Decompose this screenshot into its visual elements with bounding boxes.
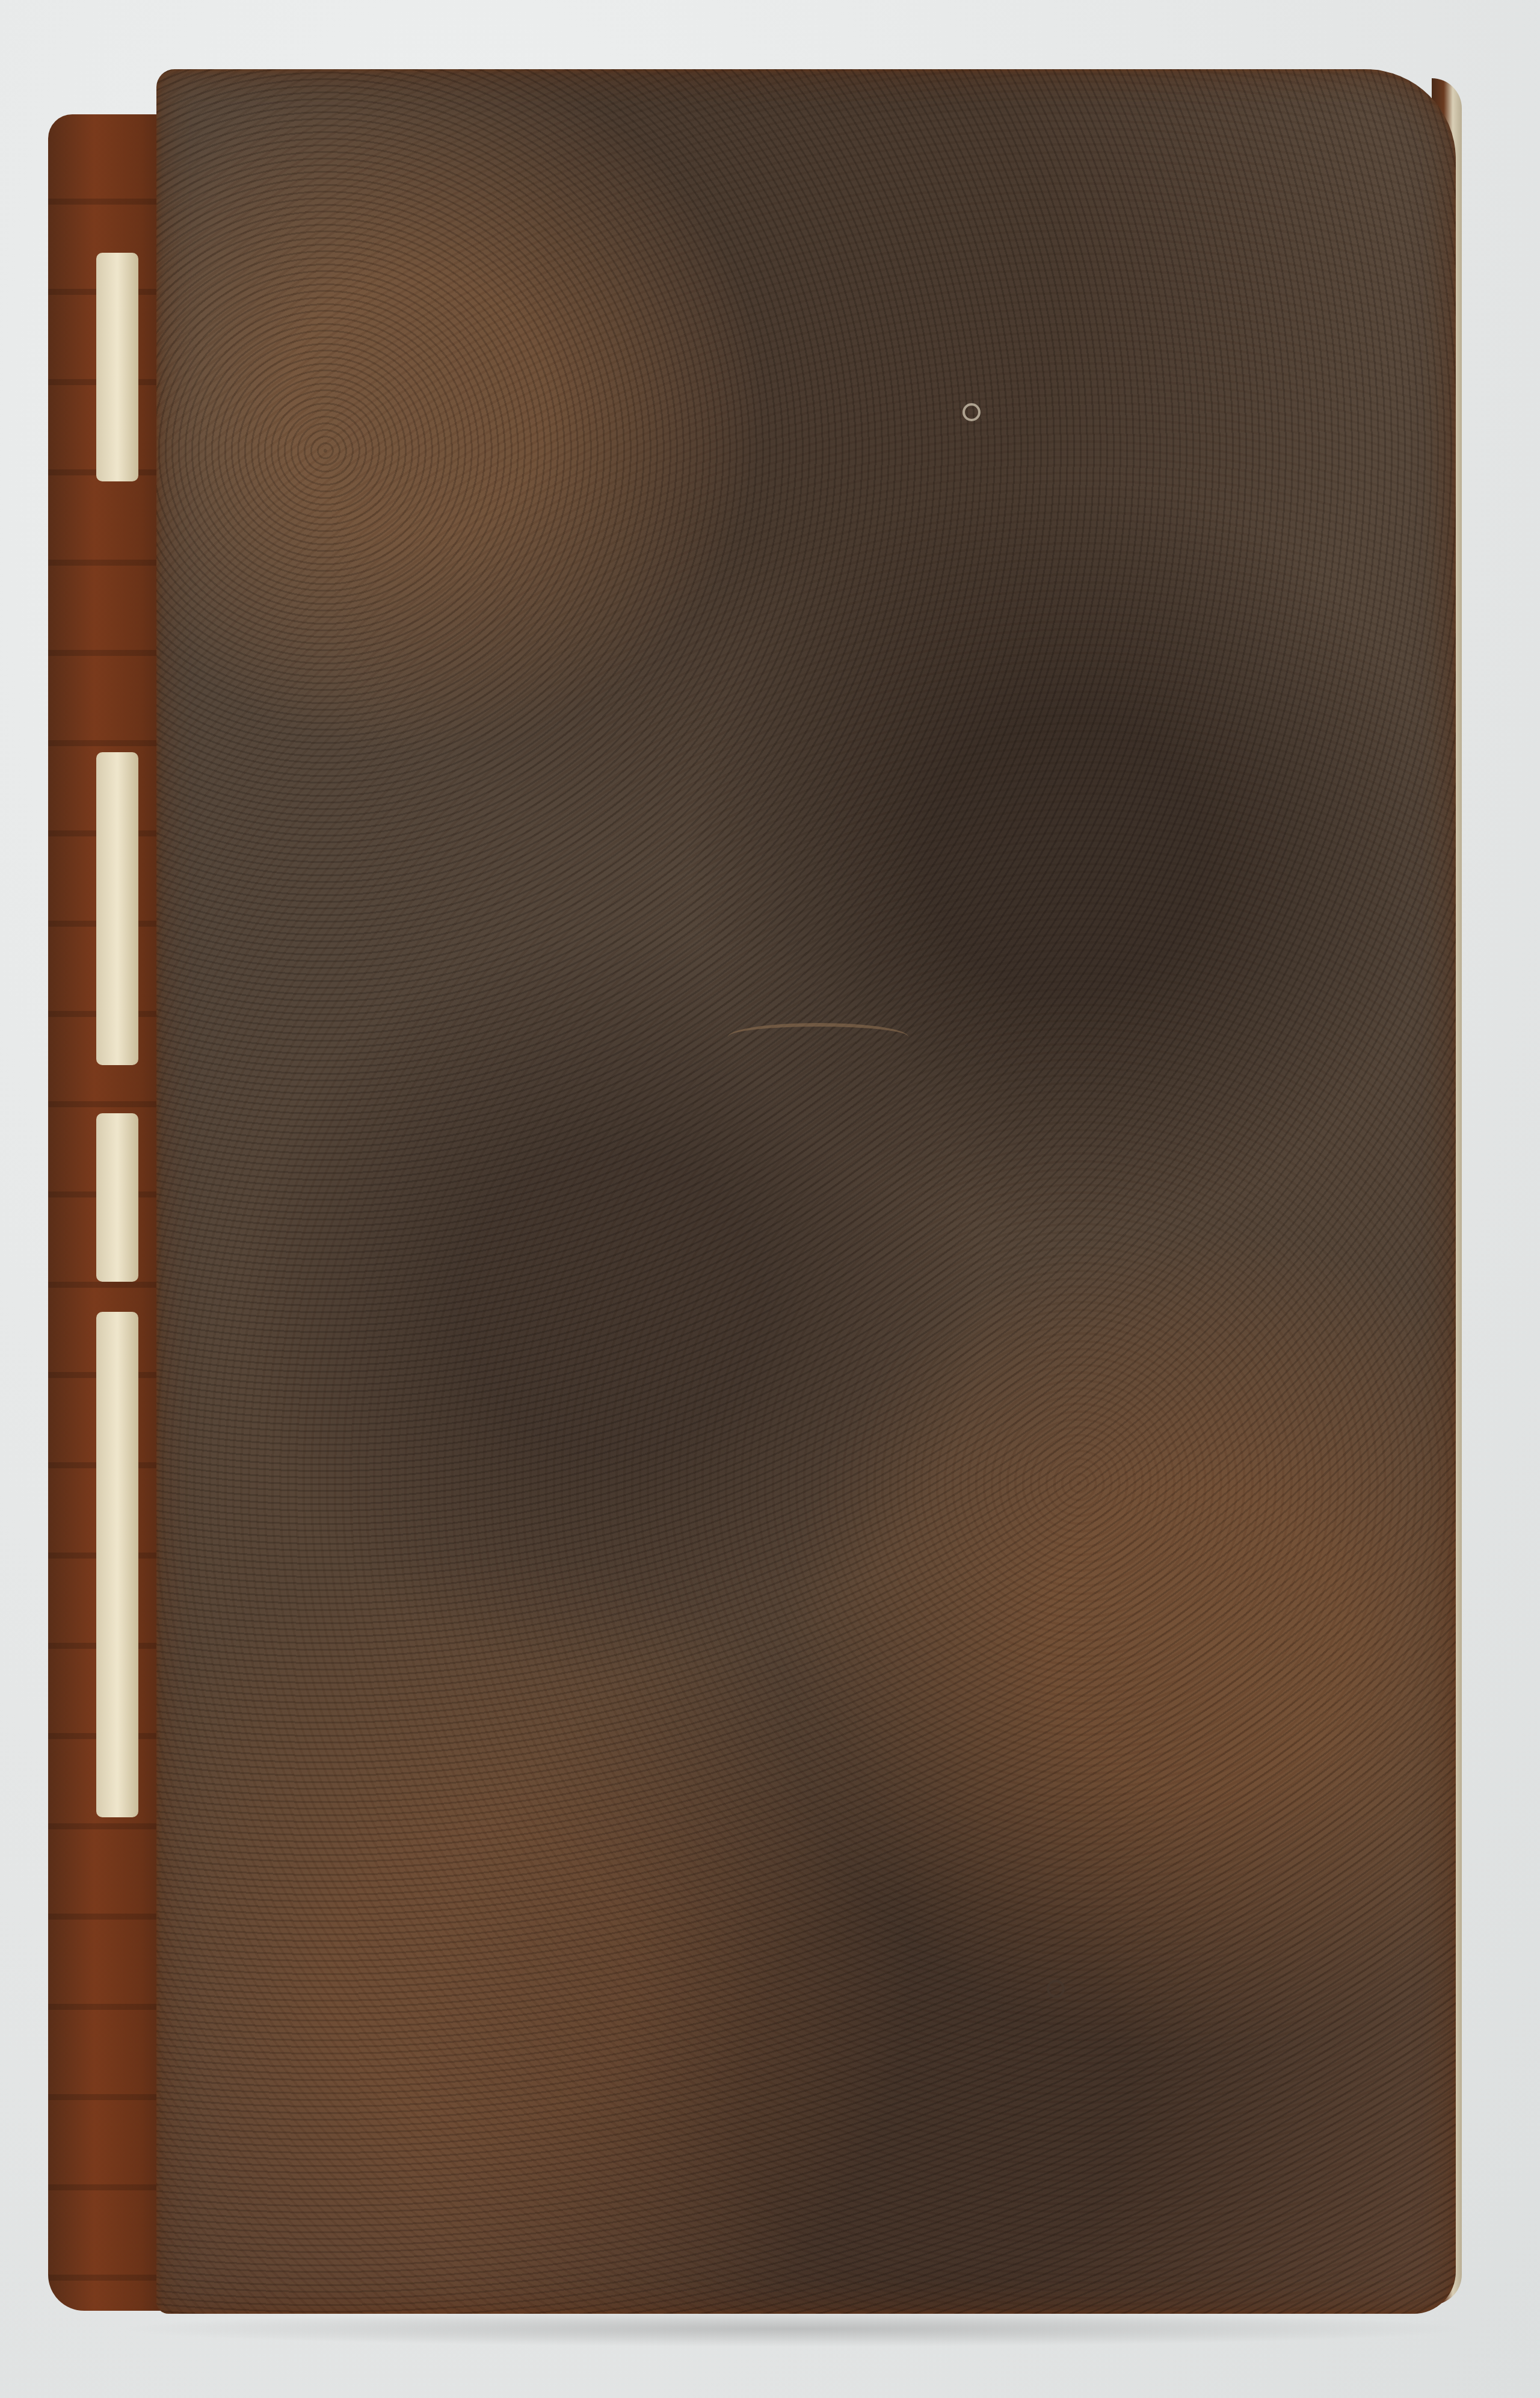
book-cover — [156, 69, 1456, 2314]
cover-blemish — [1047, 1980, 1065, 1998]
exposed-spine-paper — [96, 752, 138, 1065]
book-shadow — [114, 2311, 1474, 2347]
leather-scuff — [728, 1023, 908, 1051]
exposed-spine-paper — [96, 253, 138, 481]
exposed-spine-paper — [96, 1113, 138, 1282]
cover-blemish — [962, 403, 981, 421]
exposed-spine-paper — [96, 1312, 138, 1817]
